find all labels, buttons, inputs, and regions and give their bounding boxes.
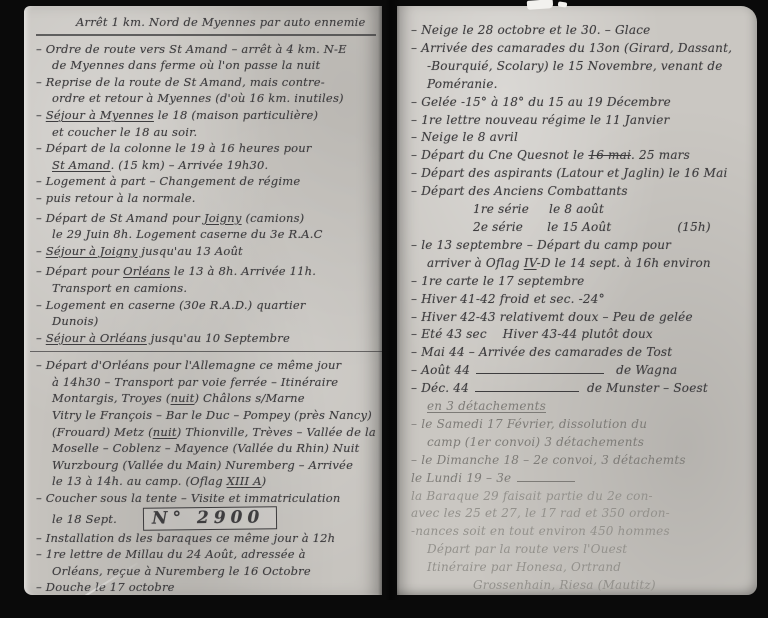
text-segment: – 1re lettre nouveau régime le 11 Janvie… (411, 113, 669, 127)
text-segment: 1re série (473, 202, 529, 216)
handwritten-line: – 1re lettre nouveau régime le 11 Janvie… (411, 112, 755, 130)
text-segment: Dunois) (52, 314, 98, 328)
handwritten-line: Moselle – Coblenz – Mayence (Vallée du R… (36, 440, 376, 457)
handwritten-line: – Hiver 42-43 relativemt doux – Peu de g… (411, 309, 755, 327)
text-segment: – (36, 108, 46, 122)
text-segment: Wurzbourg (Vallée du Main) Nuremberg – A… (52, 458, 353, 472)
text-segment: – Neige le 28 octobre et le 30. – Glace (411, 23, 650, 37)
prisoner-number-box: N° 2900 (143, 506, 278, 530)
text-segment: le 13 à 14h. au camp. (Oflag (52, 474, 227, 488)
text-segment: – Départ de la colonne le 19 à 16 heures… (36, 141, 312, 155)
text-segment: – 1re lettre de Millau du 24 Août, adres… (36, 547, 306, 561)
handwritten-line: le 13 à 14h. au camp. (Oflag XIII A) (36, 473, 376, 490)
text-segment: – (36, 331, 46, 345)
text-segment: le Lundi 19 – 3e (411, 471, 511, 485)
dash-fill (476, 365, 604, 374)
text-segment: ) Thionville, Trèves – Vallée de la (177, 425, 376, 439)
text-segment: à 14h30 – Transport par voie ferrée – It… (52, 375, 338, 389)
text-segment: – Départ des aspirants (Latour et Jaglin… (411, 166, 727, 180)
handwritten-line: – Séjour à Myennes le 18 (maison particu… (36, 107, 376, 124)
handwritten-line: – 1re lettre de Millau du 24 Août, adres… (36, 546, 376, 563)
page-gutter (378, 0, 400, 600)
handwritten-line: – puis retour à la normale. (36, 190, 376, 207)
text-segment: – Neige le 8 avril (411, 130, 518, 144)
text-segment: le 18 Sept. (52, 512, 117, 526)
handwritten-line: Wurzbourg (Vallée du Main) Nuremberg – A… (36, 457, 376, 474)
handwritten-line: le Lundi 19 – 3e (411, 470, 755, 488)
text-segment: Montargis, Troyes ( (52, 391, 171, 405)
text-segment: le 29 Juin 8h. Logement caserne du 3e R.… (52, 227, 323, 241)
text-segment: 2e série (473, 220, 523, 234)
text-segment: Arrêt 1 km. Nord de Myennes par auto enn… (76, 15, 366, 29)
text-segment: jusqu'au 13 Août (138, 244, 243, 258)
handwritten-line: – Départ de St Amand pour Joigny (camion… (36, 210, 376, 227)
handwritten-line: Grossenhain, Riesa (Mautitz) (411, 577, 755, 595)
text-segment: Poméranie. (427, 77, 498, 91)
handwritten-line: 2e sériele 15 Août(15h) (411, 219, 755, 237)
text-segment: et coucher le 18 au soir. (52, 125, 197, 139)
text-segment: Grossenhain, Riesa (Mautitz) (473, 578, 656, 592)
text-segment: le 8 août (549, 202, 604, 216)
text-segment: – Départ d'Orléans pour l'Allemagne ce m… (36, 358, 341, 372)
text-segment: – Arrivée des camarades du 13on (Girard,… (411, 41, 732, 55)
text-segment: nuit (171, 391, 195, 405)
text-segment: – Gelée -15° à 18° du 15 au 19 Décembre (411, 95, 671, 109)
text-segment: Orléans (123, 264, 170, 278)
text-segment: 16 mai (588, 148, 631, 162)
text-segment: – (36, 244, 46, 258)
text-segment: – Départ du Cne Quesnot le (411, 148, 588, 162)
text-segment: – Déc. 44 (411, 381, 469, 395)
notebook-photo: Arrêt 1 km. Nord de Myennes par auto enn… (0, 0, 768, 618)
dash-fill (475, 383, 579, 392)
text-segment: arriver à Oflag (427, 256, 524, 270)
handwritten-line: – Mai 44 – Arrivée des camarades de Tost (411, 344, 755, 362)
text-segment: – Départ des Anciens Combattants (411, 184, 628, 198)
text-segment: – Logement en caserne (30e R.A.D.) quart… (36, 298, 306, 312)
handwritten-line: la Baraque 29 faisait partie du 2e con- (411, 488, 755, 506)
handwritten-line: avec les 25 et 27, le 17 rad et 350 ordo… (411, 505, 755, 523)
handwritten-line: – Neige le 8 avril (411, 129, 755, 147)
text-segment: – Eté 43 sec (411, 327, 487, 341)
text-segment: (camions) (242, 211, 305, 225)
handwritten-line: – Départ des Anciens Combattants (411, 183, 755, 201)
text-segment: – Ordre de route vers St Amand – arrêt à… (36, 42, 347, 56)
handwritten-line: St Amand. (15 km) – Arrivée 19h30. (36, 157, 376, 174)
handwritten-line: – Départ du Cne Quesnot le 16 mai. 25 ma… (411, 147, 755, 165)
text-segment: – puis retour à la normale. (36, 191, 196, 205)
text-segment: ordre et retour à Myennes (d'où 16 km. i… (52, 91, 344, 105)
handwritten-line: Transport en camions. (36, 280, 376, 297)
handwritten-line: – Neige le 28 octobre et le 30. – Glace (411, 22, 755, 40)
text-segment: Itinéraire par Honesa, Ortrand (427, 560, 621, 574)
handwritten-line: Itinéraire par Honesa, Ortrand (411, 559, 755, 577)
text-segment: Orléans, reçue à Nuremberg le 16 Octobre (52, 564, 311, 578)
handwritten-line: – le Dimanche 18 – 2e convoi, 3 détachem… (411, 452, 755, 470)
right-page: – Neige le 28 octobre et le 30. – Glace–… (397, 6, 757, 595)
text-segment: Séjour à Orléans (46, 331, 147, 345)
handwritten-line: Départ par la route vers l'Ouest (411, 541, 755, 559)
text-segment: XIII A (227, 474, 262, 488)
text-segment: camp (1er convoi) 3 détachements (427, 435, 644, 449)
text-segment: (Frouard) Metz ( (52, 425, 153, 439)
handwritten-line: – Séjour à Joigny jusqu'au 13 Août (36, 243, 376, 260)
text-segment: – Logement à part – Changement de régime (36, 174, 300, 188)
handwritten-line: Montargis, Troyes (nuit) Châlons s/Marne (36, 390, 376, 407)
text-segment: ) (262, 474, 267, 488)
handwritten-line: – Départ d'Orléans pour l'Allemagne ce m… (36, 357, 376, 374)
text-segment: – le Dimanche 18 – 2e convoi, 3 détachem… (411, 453, 686, 467)
text-segment: nuit (153, 425, 177, 439)
text-segment: . (15 km) – Arrivée 19h30. (111, 158, 269, 172)
handwritten-line: – 1re carte le 17 septembre (411, 273, 755, 291)
text-segment: Moselle – Coblenz – Mayence (Vallée du R… (52, 441, 359, 455)
text-segment: – Reprise de la route de St Amand, mais … (36, 75, 325, 89)
text-segment: . 25 mars (631, 148, 690, 162)
handwritten-line: 1re sériele 8 août (411, 201, 755, 219)
handwritten-line: – Ordre de route vers St Amand – arrêt à… (36, 41, 376, 58)
handwritten-line: – Départ des aspirants (Latour et Jaglin… (411, 165, 755, 183)
text-segment: le 15 Août (547, 220, 611, 234)
handwritten-line: – Séjour à Orléans jusqu'au 10 Septembre (36, 330, 376, 347)
handwritten-line: en 3 détachements (411, 398, 755, 416)
left-page: Arrêt 1 km. Nord de Myennes par auto enn… (24, 6, 382, 595)
text-segment: – le 13 septembre – Départ du camp pour (411, 238, 671, 252)
handwritten-line: – Installation ds les baraques ce même j… (36, 530, 376, 547)
text-segment: Transport en camions. (52, 281, 187, 295)
text-segment: jusqu'au 10 Septembre (147, 331, 290, 345)
handwritten-line: de Myennes dans ferme où l'on passe la n… (36, 57, 376, 74)
handwritten-line: – le Samedi 17 Février, dissolution du (411, 416, 755, 434)
handwritten-line: – Arrivée des camarades du 13on (Girard,… (411, 40, 755, 58)
paper-tear-speck (558, 1, 568, 7)
handwritten-line: – Logement en caserne (30e R.A.D.) quart… (36, 297, 376, 314)
handwritten-line: – Logement à part – Changement de régime (36, 173, 376, 190)
handwritten-line: Dunois) (36, 313, 376, 330)
dash-fill (517, 473, 575, 482)
handwritten-line: – Départ de la colonne le 19 à 16 heures… (36, 140, 376, 157)
handwritten-line: – Reprise de la route de St Amand, mais … (36, 74, 376, 91)
handwritten-line: – Départ pour Orléans le 13 à 8h. Arrivé… (36, 263, 376, 280)
text-segment: de Wagna (616, 363, 677, 377)
text-segment: – Coucher sous la tente – Visite et imma… (36, 491, 341, 505)
handwritten-line: – Gelée -15° à 18° du 15 au 19 Décembre (411, 94, 755, 112)
handwritten-line: à 14h30 – Transport par voie ferrée – It… (36, 374, 376, 391)
handwritten-line: – Août 44de Wagna (411, 362, 755, 380)
text-segment: ) Châlons s/Marne (195, 391, 305, 405)
text-segment: – Départ de St Amand pour (36, 211, 204, 225)
handwritten-line: et coucher le 18 au soir. (36, 124, 376, 141)
text-segment: le 18 (maison particulière) (154, 108, 318, 122)
handwritten-line: -Bourquié, Scolary) le 15 Novembre, vena… (411, 58, 755, 76)
handwritten-line: – Hiver 41-42 froid et sec. -24° (411, 291, 755, 309)
text-segment: Départ par la route vers l'Ouest (427, 542, 627, 556)
handwritten-line: – Coucher sous la tente – Visite et imma… (36, 490, 376, 507)
text-segment: – Hiver 41-42 froid et sec. -24° (411, 292, 605, 306)
handwritten-line: -nances soit en tout environ 450 hommes (411, 523, 755, 541)
handwritten-line: ordre et retour à Myennes (d'où 16 km. i… (36, 90, 376, 107)
text-segment: Vitry le François – Bar le Duc – Pompey … (52, 408, 372, 422)
text-segment: -Bourquié, Scolary) le 15 Novembre, vena… (427, 59, 723, 73)
text-segment: – Mai 44 – Arrivée des camarades de Tost (411, 345, 672, 359)
text-segment: – Installation ds les baraques ce même j… (36, 531, 335, 545)
text-segment: – 1re carte le 17 septembre (411, 274, 584, 288)
handwritten-line: Poméranie. (411, 76, 755, 94)
handwritten-line: camp (1er convoi) 3 détachements (411, 434, 755, 452)
entry-title: Arrêt 1 km. Nord de Myennes par auto enn… (36, 14, 376, 36)
text-segment: Hiver 43-44 plutôt doux (503, 327, 653, 341)
text-segment: le 13 à 8h. Arrivée 11h. (170, 264, 316, 278)
handwritten-line: – le 13 septembre – Départ du camp pour (411, 237, 755, 255)
handwritten-line: (Frouard) Metz (nuit) Thionville, Trèves… (36, 424, 376, 441)
handwritten-line: arriver à Oflag IV-D le 14 sept. à 16h e… (411, 255, 755, 273)
text-segment: IV (524, 256, 537, 270)
text-segment: de Munster – Soest (587, 381, 708, 395)
text-segment: de Myennes dans ferme où l'on passe la n… (52, 58, 320, 72)
text-segment: Séjour à Joigny (46, 244, 138, 258)
text-segment: – le Samedi 17 Février, dissolution du (411, 417, 647, 431)
right-page-lines: – Neige le 28 octobre et le 30. – Glace–… (397, 6, 757, 595)
text-segment: – Départ pour (36, 264, 123, 278)
handwritten-line: – Eté 43 secHiver 43-44 plutôt doux (411, 326, 755, 344)
handwritten-line: – Déc. 44de Munster – Soest (411, 380, 755, 398)
text-segment: -D le 14 sept. à 16h environ (537, 256, 711, 270)
text-segment: Joigny (204, 211, 242, 225)
text-segment: la Baraque 29 faisait partie du 2e con- (411, 489, 653, 503)
text-segment: -nances soit en tout environ 450 hommes (411, 524, 670, 538)
handwritten-line: Orléans, reçue à Nuremberg le 16 Octobre (36, 563, 376, 580)
handwritten-line: le 18 Sept.N° 2900 (36, 507, 376, 530)
text-segment: – Hiver 42-43 relativemt doux – Peu de g… (411, 310, 693, 324)
text-segment: – Août 44 (411, 363, 470, 377)
text-segment: (15h) (677, 220, 710, 234)
text-segment: avec les 25 et 27, le 17 rad et 350 ordo… (411, 506, 670, 520)
text-segment: St Amand (52, 158, 111, 172)
text-segment: en 3 détachements (427, 399, 546, 413)
handwritten-line: Vitry le François – Bar le Duc – Pompey … (36, 407, 376, 424)
handwritten-line: le 29 Juin 8h. Logement caserne du 3e R.… (36, 226, 376, 243)
text-segment: Séjour à Myennes (46, 108, 154, 122)
left-page-lines: Arrêt 1 km. Nord de Myennes par auto enn… (24, 6, 382, 595)
separator-line (30, 351, 382, 352)
